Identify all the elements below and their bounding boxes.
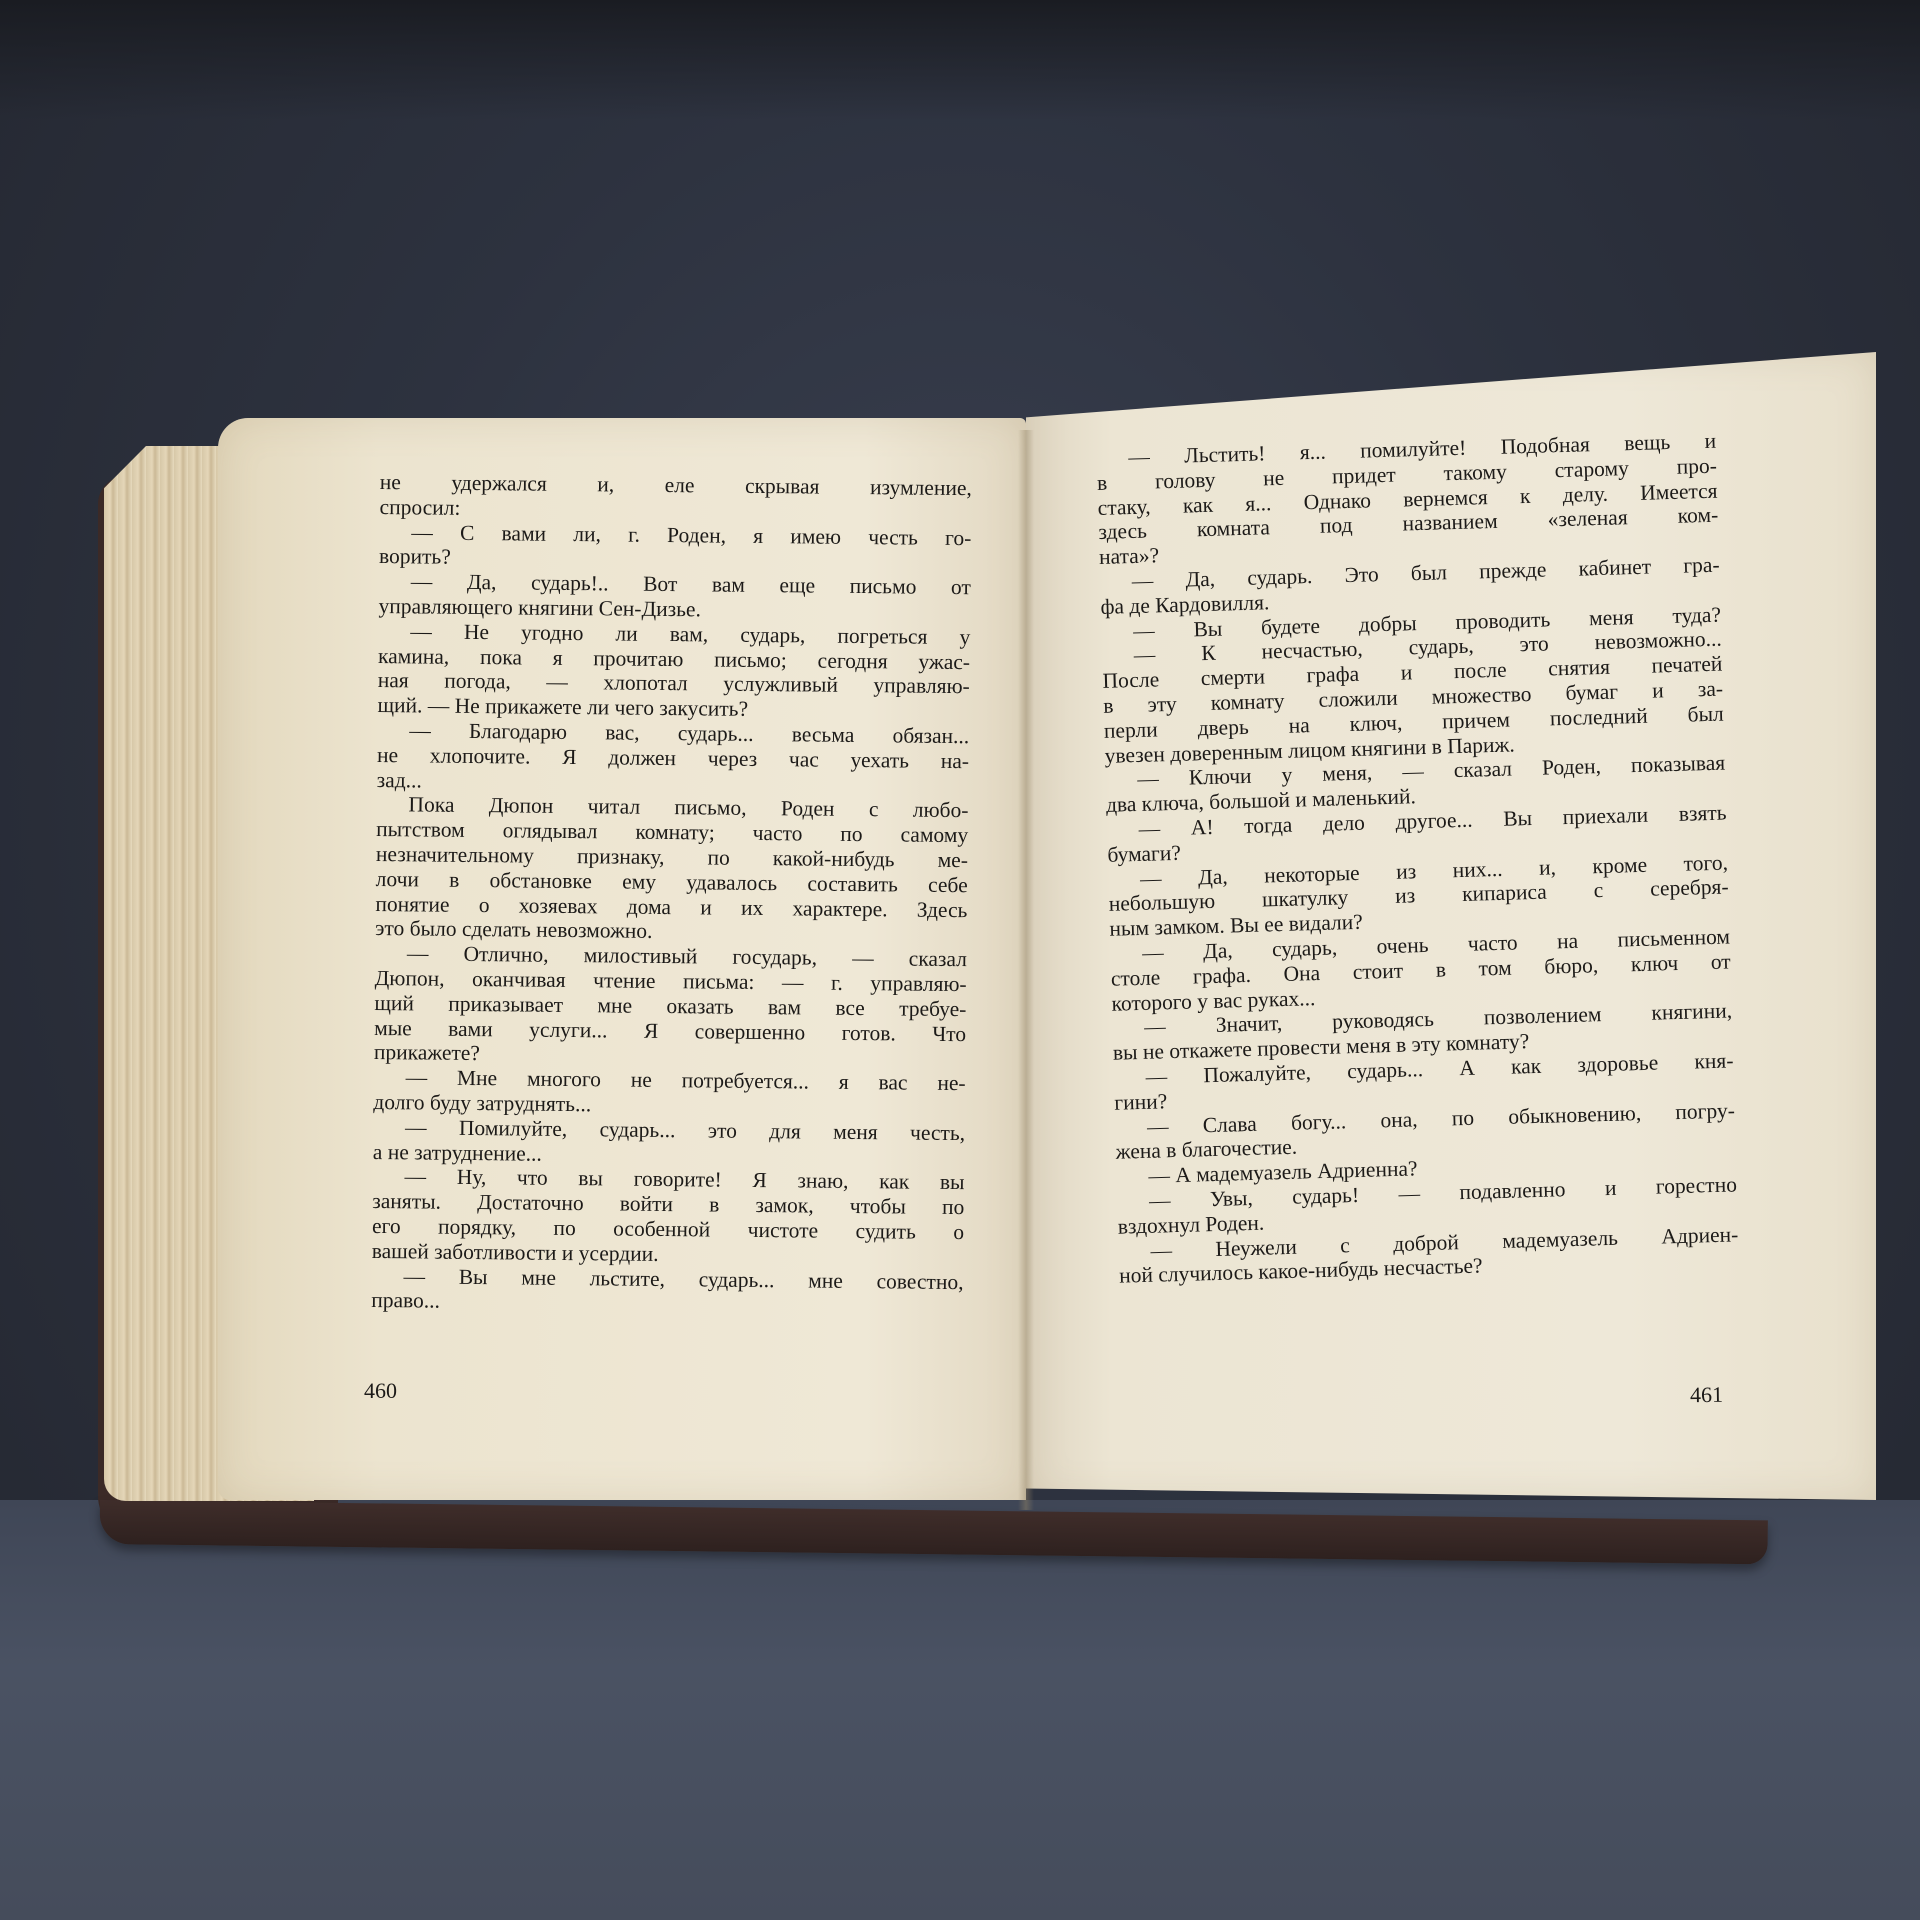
photo-scene: не удержался и, еле скрывая изумление,сп… [0, 0, 1920, 1920]
right-page-text: — Льстить! я... помилуйте! Подобная вещь… [1096, 429, 1739, 1289]
page-number-right: 461 [1690, 1382, 1723, 1408]
page-number-left: 460 [364, 1378, 397, 1404]
background-shadow [0, 0, 1920, 120]
table-surface [0, 1500, 1920, 1920]
book-gutter [1018, 430, 1034, 1510]
left-page-text: не удержался и, еле скрывая изумление,сп… [371, 470, 972, 1319]
